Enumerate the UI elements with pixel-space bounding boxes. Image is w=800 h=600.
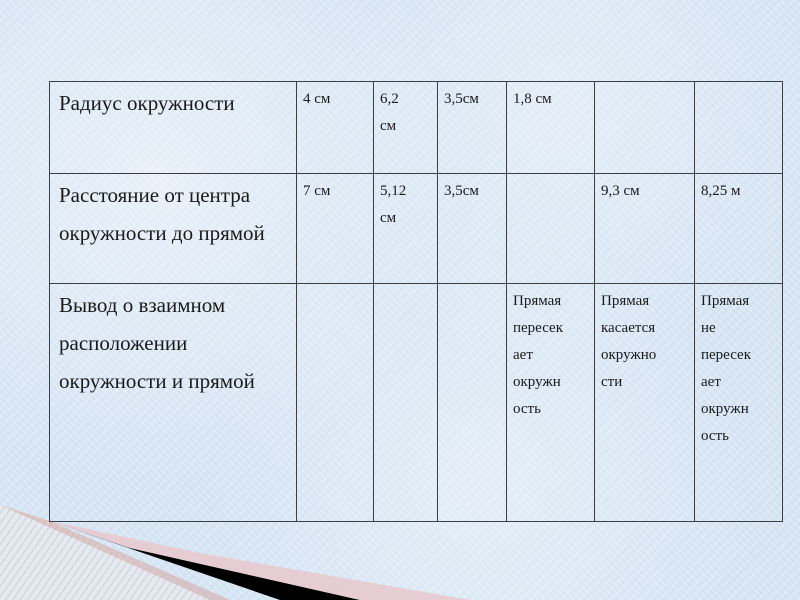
cell-radius-1: 4 см <box>297 82 374 174</box>
cell-radius-2: 6,2 см <box>374 82 438 174</box>
cell-conclusion-6: Прямая не пересек ает окружн ость <box>695 284 783 522</box>
cell-distance-3: 3,5см <box>438 174 507 284</box>
cell-conclusion-2 <box>374 284 438 522</box>
row-label-radius: Радиус окружности <box>50 82 297 174</box>
swoosh-pink-band <box>50 521 470 600</box>
cell-distance-6: 8,25 м <box>695 174 783 284</box>
cell-conclusion-4: Прямая пересек ает окружн ость <box>507 284 595 522</box>
cell-conclusion-5: Прямая касается окружно сти <box>595 284 695 522</box>
cell-conclusion-1 <box>297 284 374 522</box>
cell-distance-4 <box>507 174 595 284</box>
swoosh-dark-band <box>50 521 360 600</box>
cell-radius-3: 3,5см <box>438 82 507 174</box>
table-row-radius: Радиус окружности 4 см 6,2 см 3,5см 1,8 … <box>50 82 783 174</box>
circle-line-table: Радиус окружности 4 см 6,2 см 3,5см 1,8 … <box>49 81 783 522</box>
row-label-conclusion: Вывод о взаимном расположении окружности… <box>50 284 297 522</box>
cell-conclusion-3 <box>438 284 507 522</box>
cell-radius-5 <box>595 82 695 174</box>
row-label-distance: Расстояние от центра окружности до прямо… <box>50 174 297 284</box>
cell-radius-4: 1,8 см <box>507 82 595 174</box>
cell-radius-6 <box>695 82 783 174</box>
cell-distance-1: 7 см <box>297 174 374 284</box>
cell-distance-2: 5,12 см <box>374 174 438 284</box>
table-row-distance: Расстояние от центра окружности до прямо… <box>50 174 783 284</box>
table-row-conclusion: Вывод о взаимном расположении окружности… <box>50 284 783 522</box>
cell-distance-5: 9,3 см <box>595 174 695 284</box>
